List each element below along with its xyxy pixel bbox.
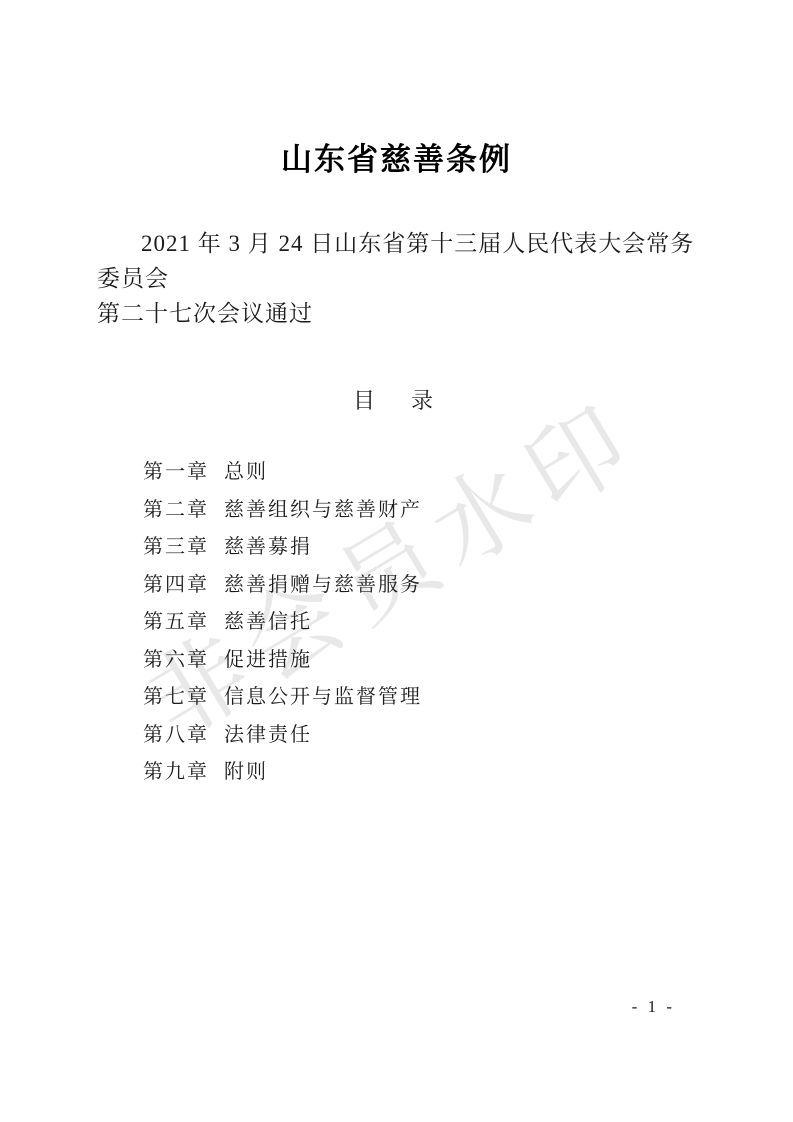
chapter-number: 第四章: [143, 574, 209, 596]
chapter-title: 促进措施: [224, 649, 312, 671]
chapter-number: 第九章: [143, 761, 209, 783]
toc-list: 第一章总则 第二章慈善组织与慈善财产 第三章慈善募捐 第四章慈善捐赠与慈善服务 …: [143, 454, 696, 792]
enactment-paragraph: 2021 年 3 月 24 日山东省第十三届人民代表大会常务委员会 第二十七次会…: [97, 226, 696, 331]
enactment-line-2: 第二十七次会议通过: [97, 296, 696, 331]
chapter-number: 第二章: [143, 499, 209, 521]
document-page: 非会员水印 山东省慈善条例 2021 年 3 月 24 日山东省第十三届人民代表…: [0, 0, 793, 1122]
chapter-title: 慈善组织与慈善财产: [224, 499, 422, 521]
enactment-line-1: 2021 年 3 月 24 日山东省第十三届人民代表大会常务委员会: [97, 226, 696, 296]
page-number: - 1 -: [632, 997, 675, 1017]
chapter-title: 慈善募捐: [224, 536, 312, 558]
toc-heading: 目 录: [0, 383, 793, 418]
chapter-number: 第八章: [143, 724, 209, 746]
chapter-number: 第六章: [143, 649, 209, 671]
chapter-number: 第三章: [143, 536, 209, 558]
chapter-title: 信息公开与监督管理: [224, 686, 422, 708]
toc-row-chapter-3: 第三章慈善募捐: [143, 529, 696, 567]
toc-row-chapter-7: 第七章信息公开与监督管理: [143, 679, 696, 717]
chapter-number: 第七章: [143, 686, 209, 708]
toc-row-chapter-5: 第五章慈善信托: [143, 604, 696, 642]
chapter-title: 附则: [224, 761, 268, 783]
chapter-title: 慈善捐赠与慈善服务: [224, 574, 422, 596]
chapter-title: 慈善信托: [224, 611, 312, 633]
chapter-number: 第一章: [143, 461, 209, 483]
chapter-number: 第五章: [143, 611, 209, 633]
page-content: 山东省慈善条例 2021 年 3 月 24 日山东省第十三届人民代表大会常务委员…: [0, 0, 793, 792]
toc-row-chapter-4: 第四章慈善捐赠与慈善服务: [143, 567, 696, 605]
chapter-title: 法律责任: [224, 724, 312, 746]
toc-row-chapter-2: 第二章慈善组织与慈善财产: [143, 492, 696, 530]
toc-row-chapter-1: 第一章总则: [143, 454, 696, 492]
toc-row-chapter-6: 第六章促进措施: [143, 642, 696, 680]
chapter-title: 总则: [224, 461, 268, 483]
toc-row-chapter-9: 第九章附则: [143, 754, 696, 792]
page-title: 山东省慈善条例: [0, 0, 793, 178]
toc-row-chapter-8: 第八章法律责任: [143, 717, 696, 755]
